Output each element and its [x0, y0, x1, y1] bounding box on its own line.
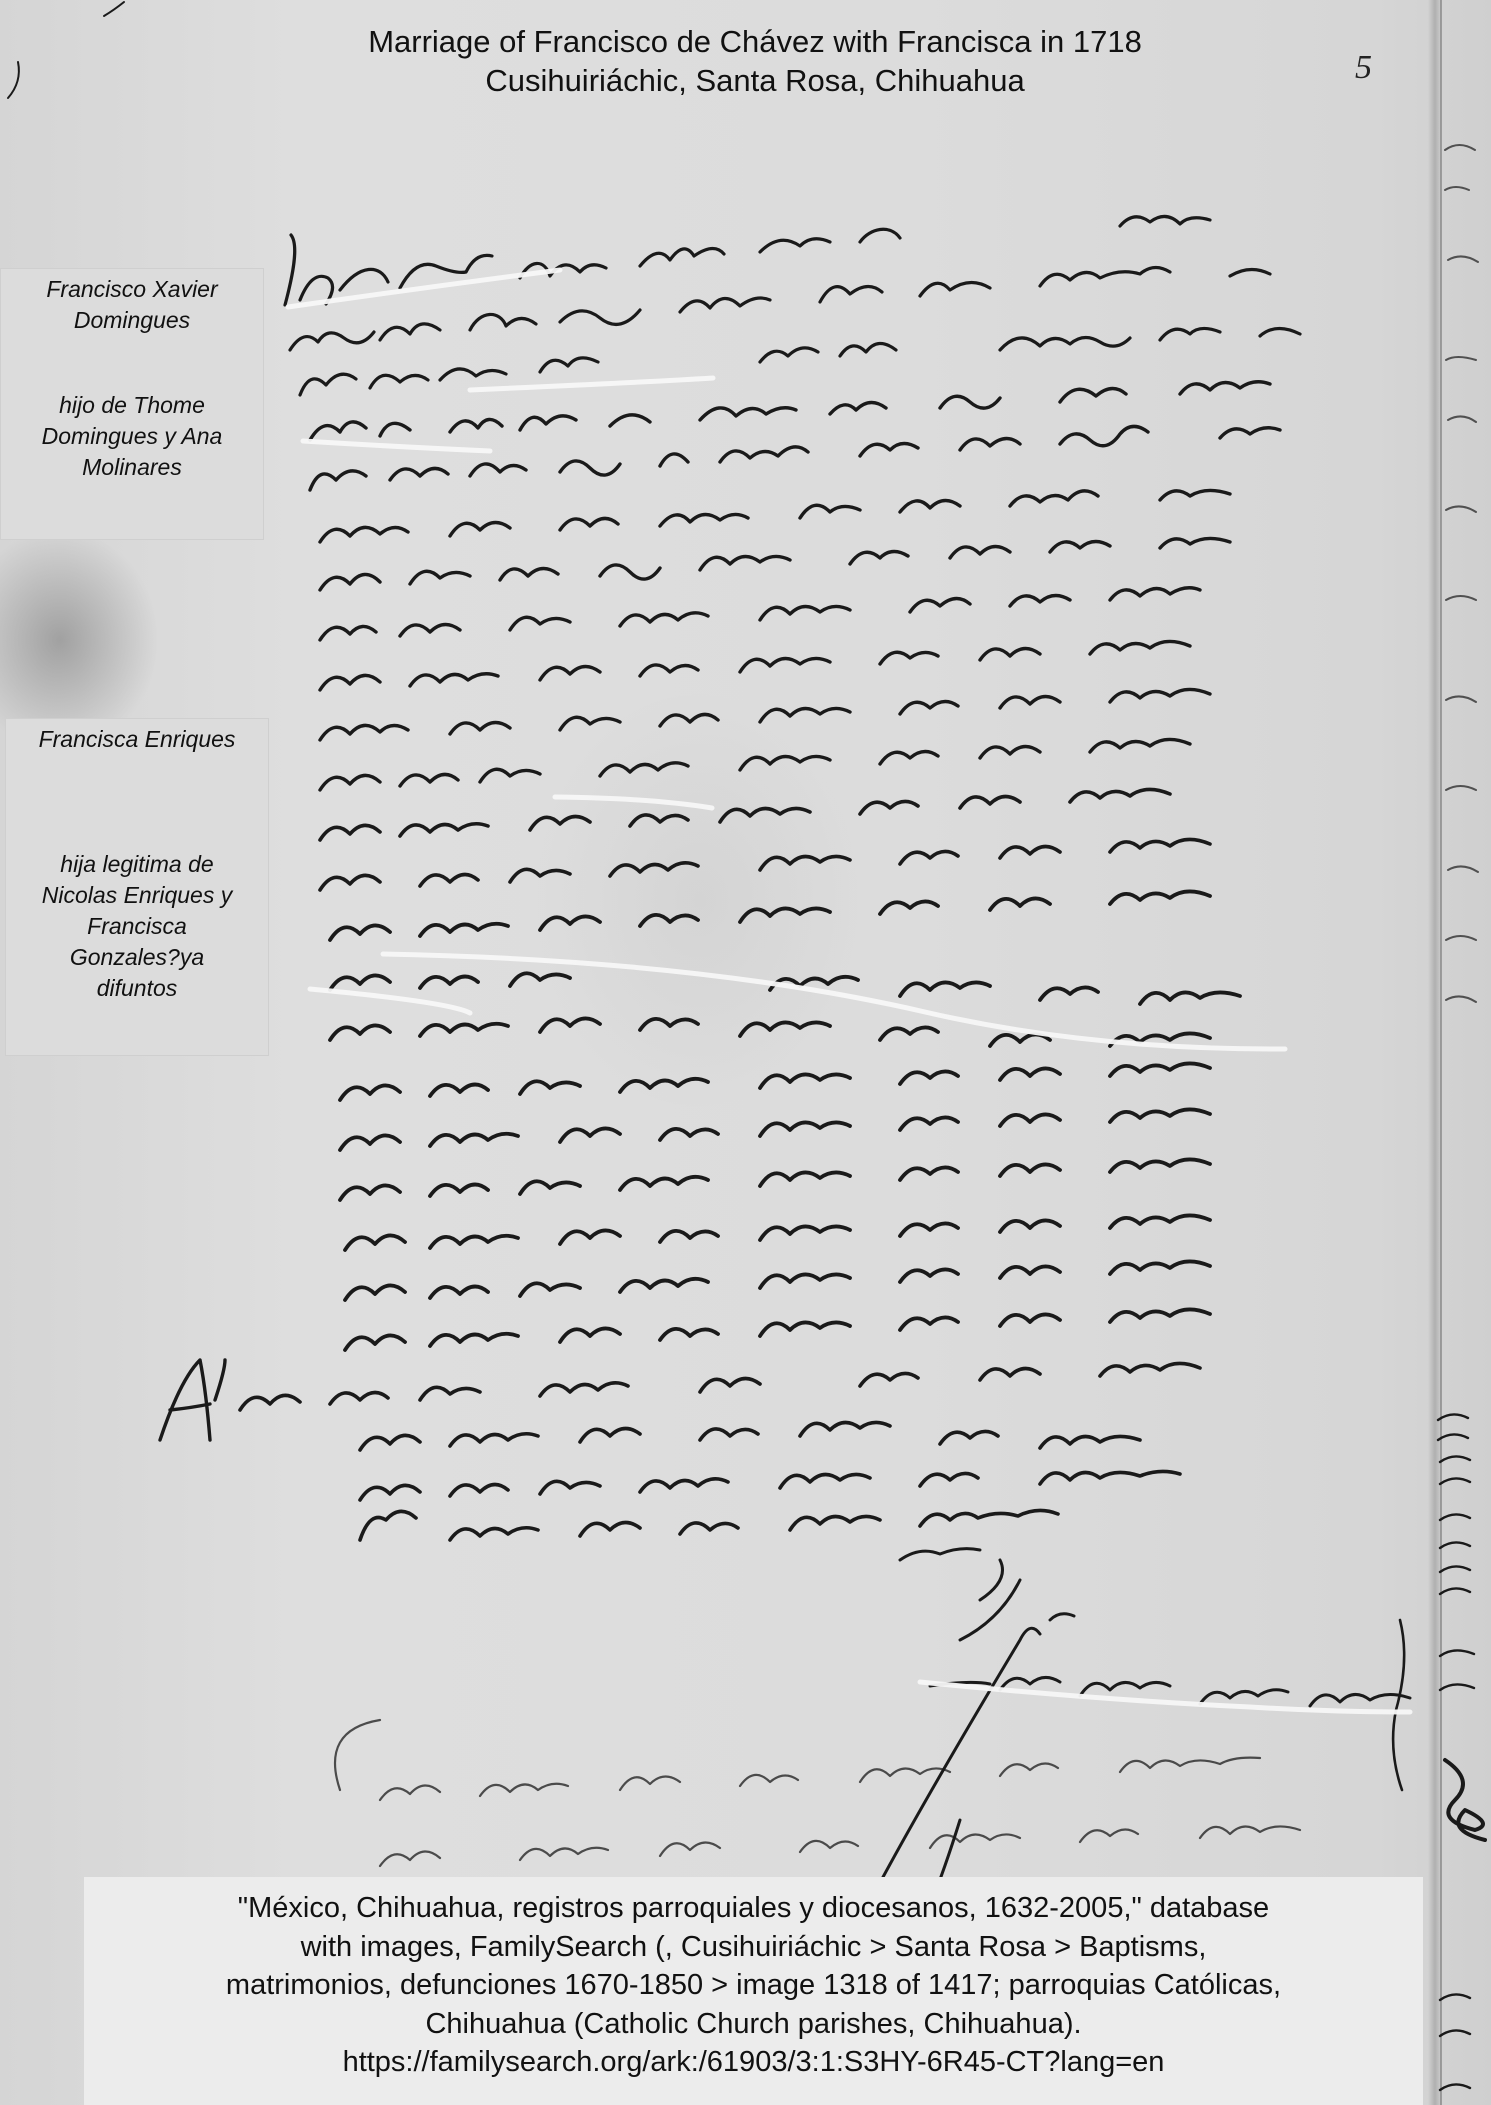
- manuscript-page-image: 5: [0, 0, 1491, 2105]
- annotation-groom: Francisco Xavier Domingues hijo de Thome…: [0, 268, 264, 540]
- citation-url: https://familysearch.org/ark:/61903/3:1:…: [84, 2043, 1423, 2082]
- citation-line: Chihuahua (Catholic Church parishes, Chi…: [84, 2005, 1423, 2044]
- manuscript-text-lines: [160, 145, 1485, 2090]
- annotation-bride: Francisca Enriques hija legitima de Nico…: [5, 718, 269, 1056]
- groom-parentage: hijo de Thome Domingues y Ana Molinares: [1, 390, 263, 483]
- groom-name: Francisco Xavier Domingues: [1, 274, 263, 336]
- citation-line: with images, FamilySearch (, Cusihuiriác…: [84, 1928, 1423, 1967]
- citation-line: "México, Chihuahua, registros parroquial…: [84, 1889, 1423, 1928]
- highlight-underlines: [288, 270, 1410, 1712]
- citation-line: matrimonios, defunciones 1670-1850 > ima…: [84, 1966, 1423, 2005]
- bride-name: Francisca Enriques: [6, 724, 268, 755]
- title-line-1: Marriage of Francisco de Chávez with Fra…: [300, 22, 1210, 61]
- title-line-2: Cusihuiriáchic, Santa Rosa, Chihuahua: [300, 61, 1210, 100]
- bride-parentage: hija legitima de Nicolas Enriques y Fran…: [6, 849, 268, 1004]
- source-citation: "México, Chihuahua, registros parroquial…: [84, 1877, 1423, 2105]
- page-title: Marriage of Francisco de Chávez with Fra…: [300, 22, 1210, 100]
- page-number: 5: [1355, 49, 1372, 86]
